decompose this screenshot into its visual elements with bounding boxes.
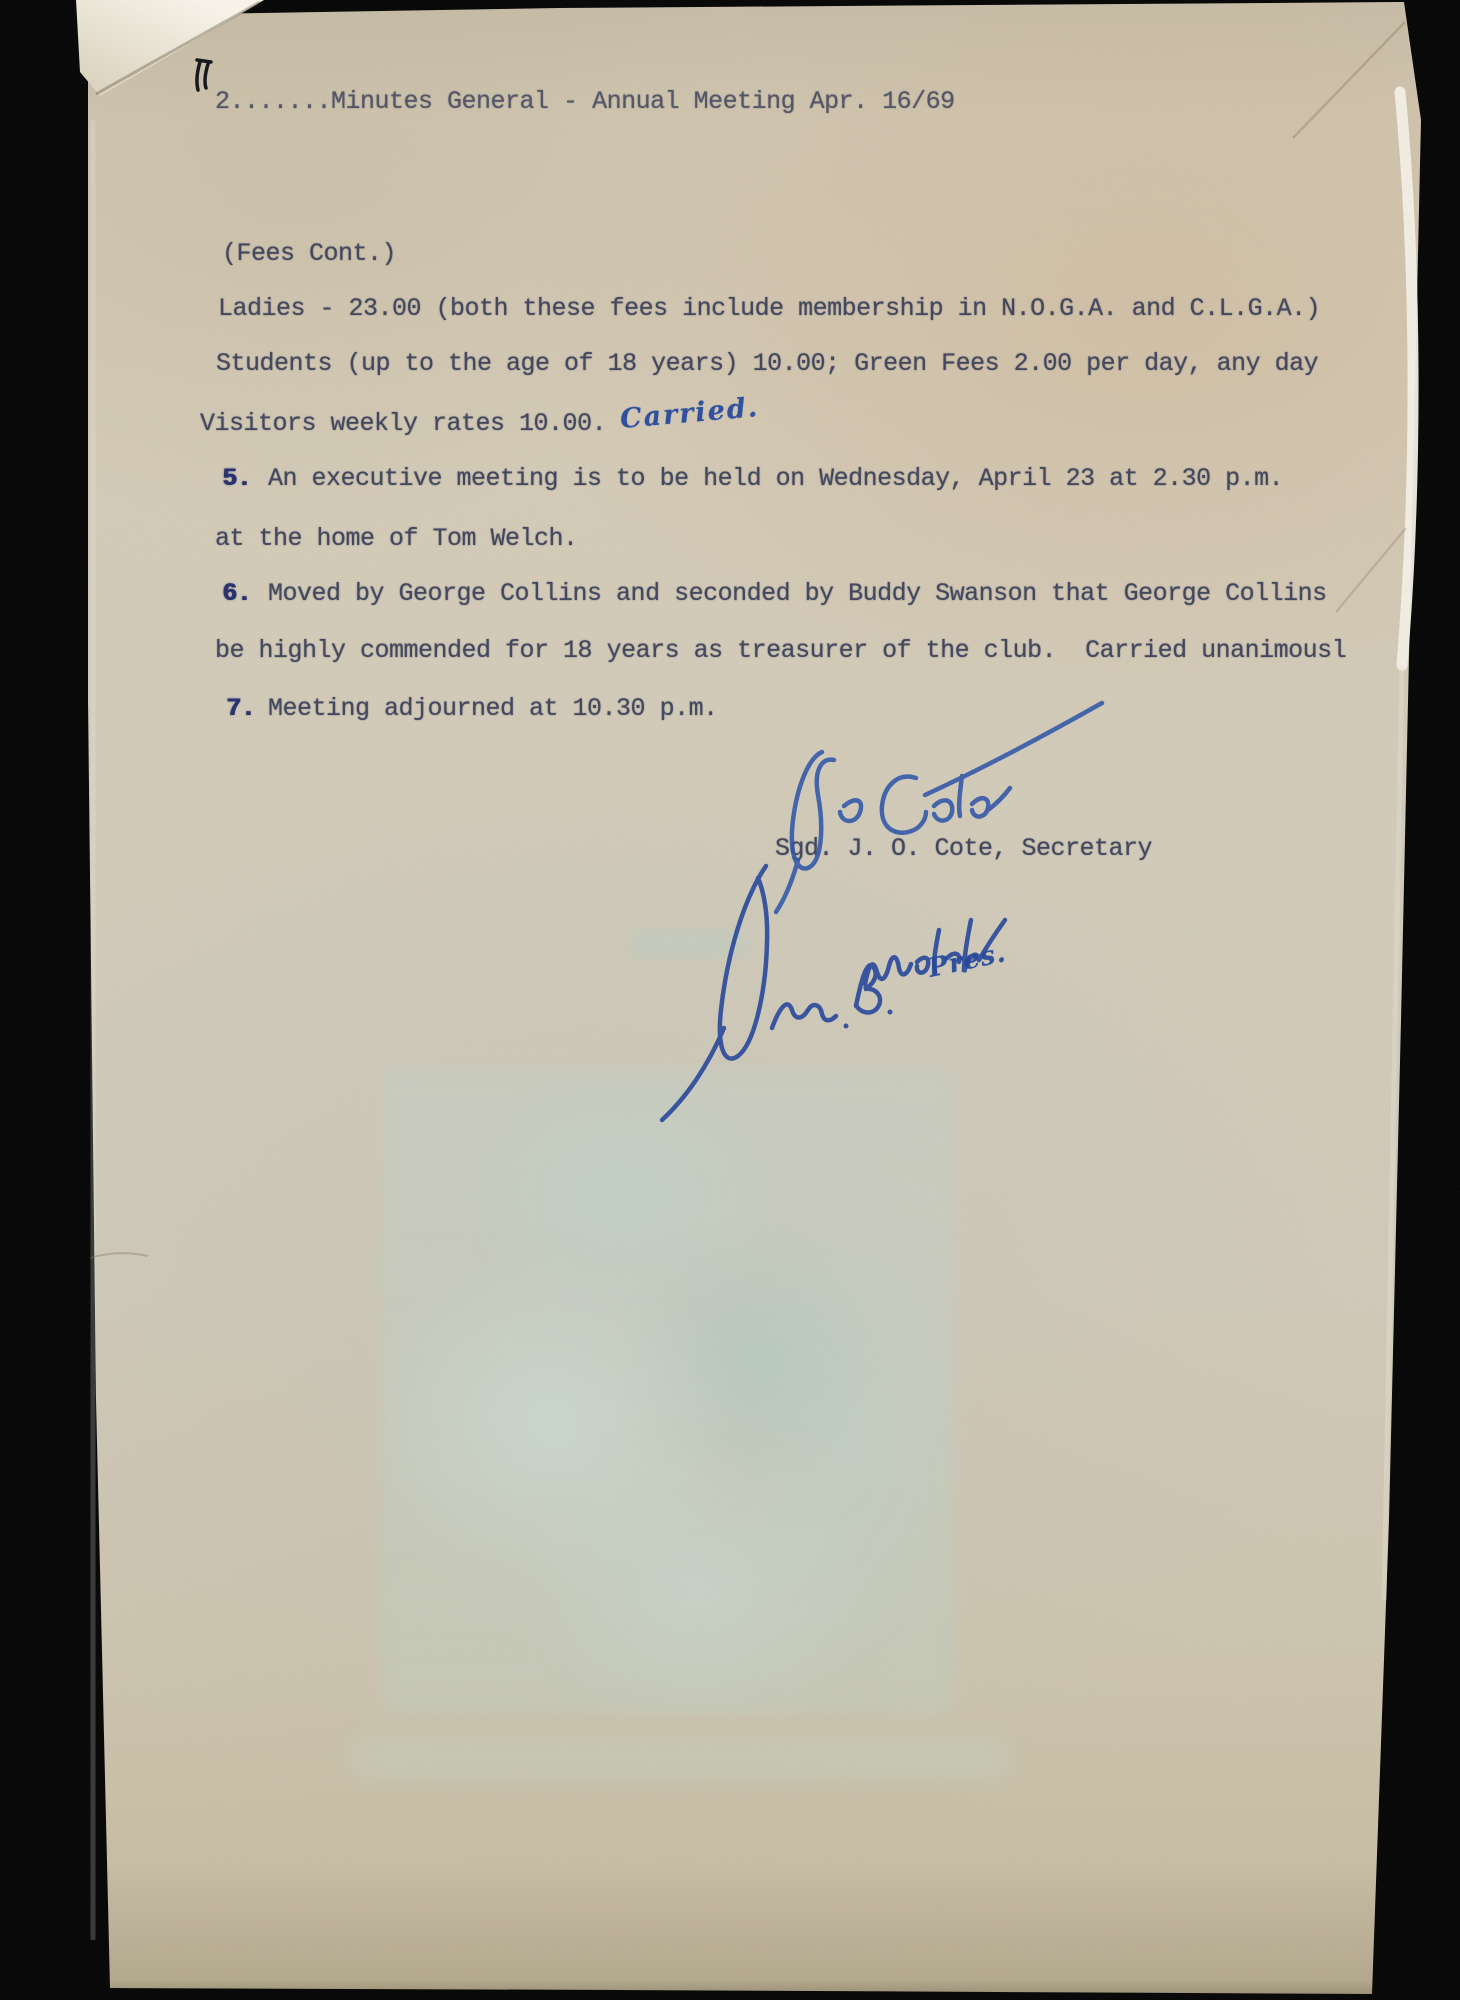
item-7-line-1: Meeting adjourned at 10.30 p.m.: [268, 695, 718, 723]
item-5-number: 5.: [222, 465, 251, 493]
fees-line-ladies: Ladies - 23.00 (both these fees include …: [218, 295, 1320, 323]
bleedthrough-ghost: [380, 1065, 955, 1715]
item-6-line-1: Moved by George Collins and seconded by …: [268, 580, 1327, 608]
item-6-line-2: be highly commended for 18 years as trea…: [215, 637, 1346, 665]
item-5-line-1: An executive meeting is to be held on We…: [268, 465, 1283, 493]
bleedthrough-streak: [350, 1735, 1010, 1781]
item-7-number: 7.: [226, 695, 255, 723]
item-6-number: 6.: [222, 580, 251, 608]
fees-line-visitors: Visitors weekly rates 10.00.: [200, 410, 606, 438]
item-5-line-2: at the home of Tom Welch.: [215, 525, 578, 553]
fees-heading: (Fees Cont.): [222, 240, 396, 268]
fees-line-students: Students (up to the age of 18 years) 10.…: [216, 350, 1318, 378]
ink-smudge: [630, 928, 750, 958]
secretary-typed-line: Sgd. J. O. Cote, Secretary: [775, 835, 1152, 863]
scanned-minutes-page: 2.......Minutes General - Annual Meeting…: [0, 0, 1460, 2000]
header-line: 2.......Minutes General - Annual Meeting…: [215, 88, 955, 116]
